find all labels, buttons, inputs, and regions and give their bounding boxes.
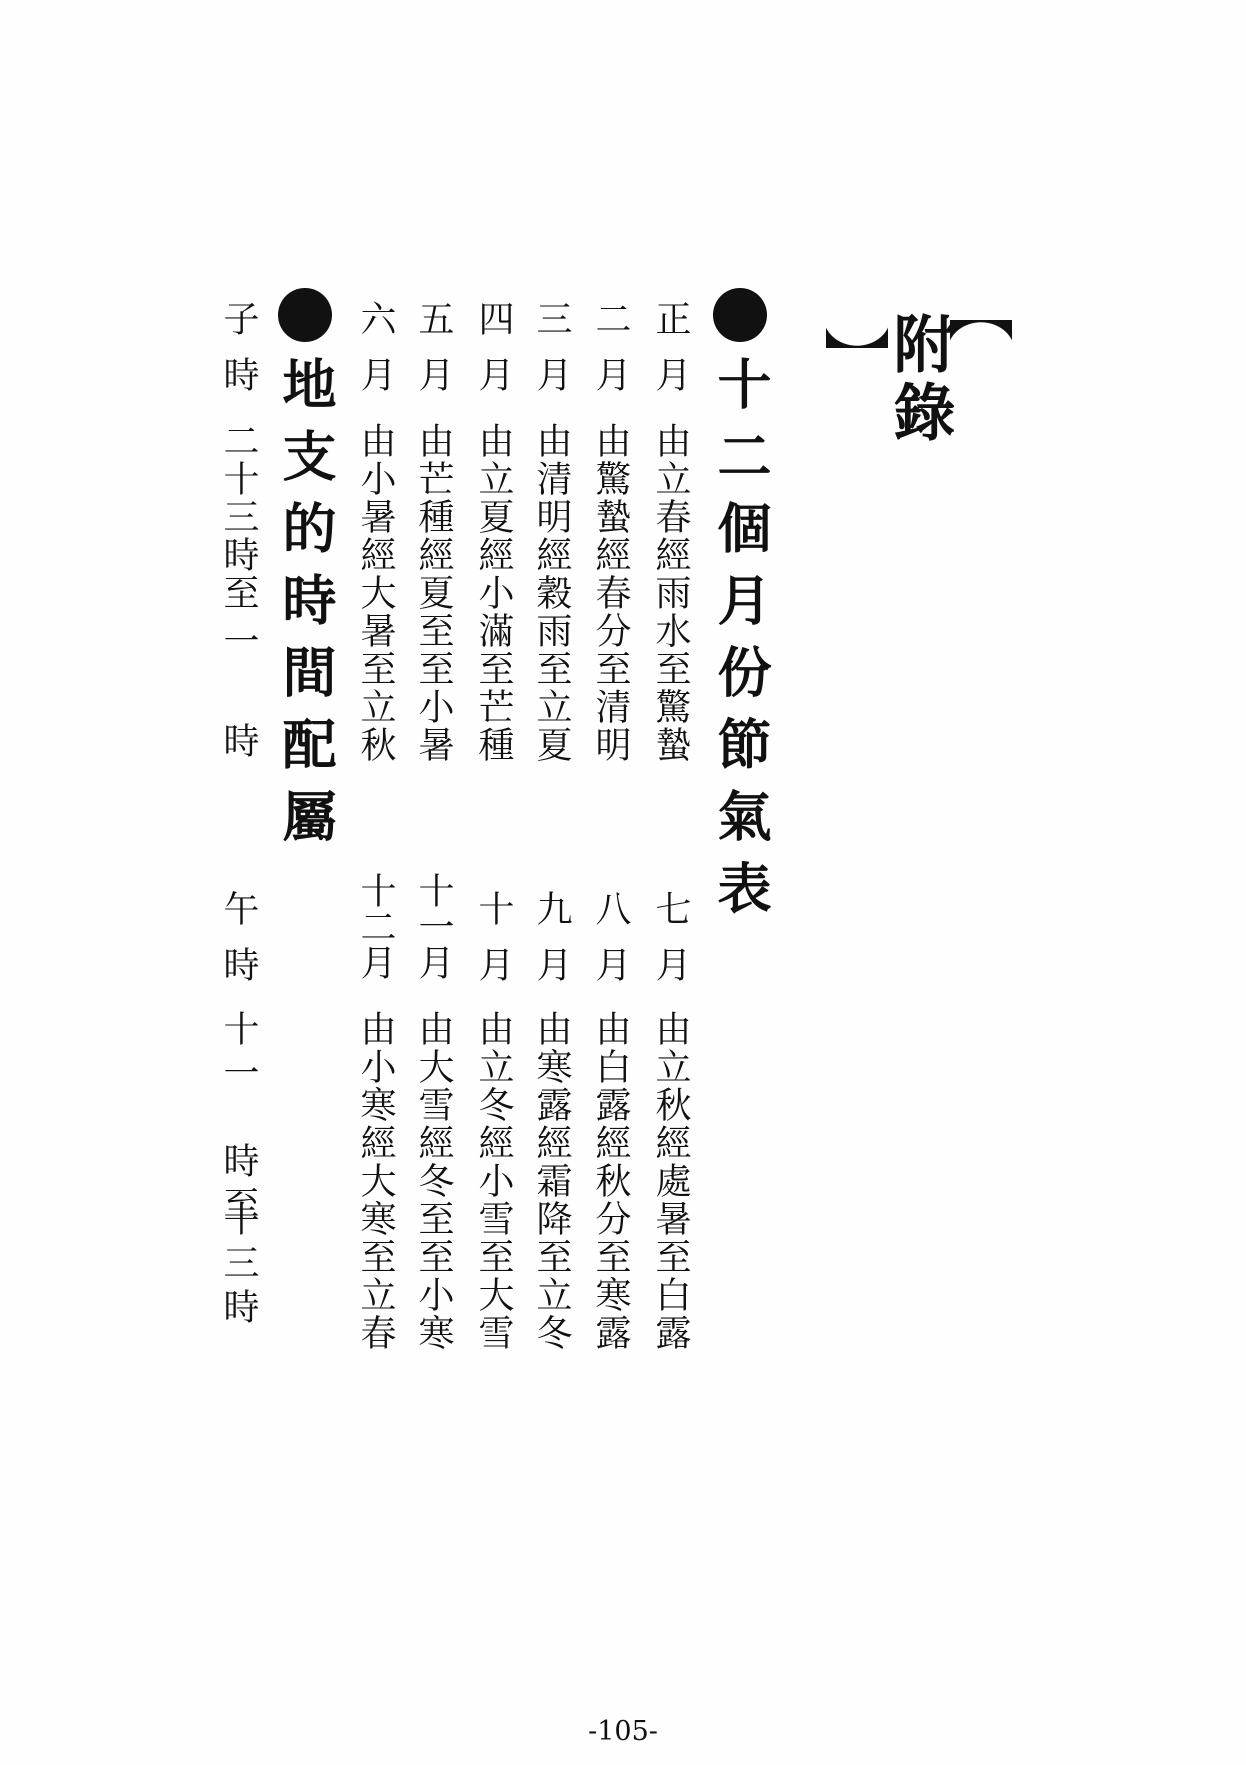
month-label: 九月 <box>533 890 569 1002</box>
branch-label: 子時 <box>220 300 256 412</box>
bullet-icon <box>713 288 767 342</box>
earthly-branches-heading-text: 地支的時間配屬 <box>274 356 337 860</box>
month-label: 正月 <box>652 300 688 412</box>
earthly-branches-heading: 地支的時間配屬 <box>278 288 332 860</box>
month-label: 十二月 <box>357 872 393 980</box>
month-label: 八月 <box>592 890 628 1002</box>
month-terms: 由小寒經大寒至立春 <box>357 1010 393 1352</box>
month-terms: 由立夏經小滿至芒種 <box>475 422 511 764</box>
close-bracket-icon <box>826 312 888 356</box>
month-terms: 由寒露經霜降至立冬 <box>533 1010 569 1352</box>
month-terms: 由白露經秋分至寒露 <box>592 1010 628 1352</box>
month-terms: 由小暑經大暑至立秋 <box>357 422 393 764</box>
solar-terms-heading-text: 十二個月份節氣表 <box>709 356 772 932</box>
month-terms: 由芒種經夏至至小暑 <box>415 422 451 764</box>
month-label: 二月 <box>592 300 628 412</box>
month-terms: 由立秋經處暑至白露 <box>652 1010 688 1352</box>
month-label: 七月 <box>652 890 688 1002</box>
appendix-title-text: 附錄 <box>883 312 956 448</box>
solar-terms-heading: 十二個月份節氣表 <box>713 288 767 932</box>
book-page: 附錄 十二個月份節氣表 正月 由立春經雨水至驚蟄 二月 由驚蟄經春分至清明 三月… <box>0 0 1246 1765</box>
month-label: 四月 <box>475 300 511 412</box>
month-terms: 由立春經雨水至驚蟄 <box>652 422 688 764</box>
month-label: 五月 <box>415 300 451 412</box>
branch-to: 十三時 <box>220 1200 256 1332</box>
month-terms: 由立冬經小雪至大雪 <box>475 1010 511 1352</box>
bullet-icon <box>278 288 332 342</box>
month-terms: 由驚蟄經春分至清明 <box>592 422 628 764</box>
month-label: 六月 <box>357 300 393 412</box>
branch-to: 一 時 <box>220 622 256 772</box>
month-label: 三月 <box>533 300 569 412</box>
appendix-title: 附錄 <box>826 312 1012 448</box>
month-label: 十月 <box>475 890 511 1002</box>
month-terms: 由清明經穀雨至立夏 <box>533 422 569 764</box>
month-label: 十一月 <box>415 872 451 980</box>
branch-from: 十一 時至 <box>220 1010 256 1230</box>
page-number: -105- <box>0 1716 1246 1747</box>
branch-from: 二十三時至 <box>220 422 256 612</box>
open-bracket-icon <box>950 312 1012 356</box>
branch-label: 午時 <box>220 890 256 1002</box>
month-terms: 由大雪經冬至至小寒 <box>415 1010 451 1352</box>
